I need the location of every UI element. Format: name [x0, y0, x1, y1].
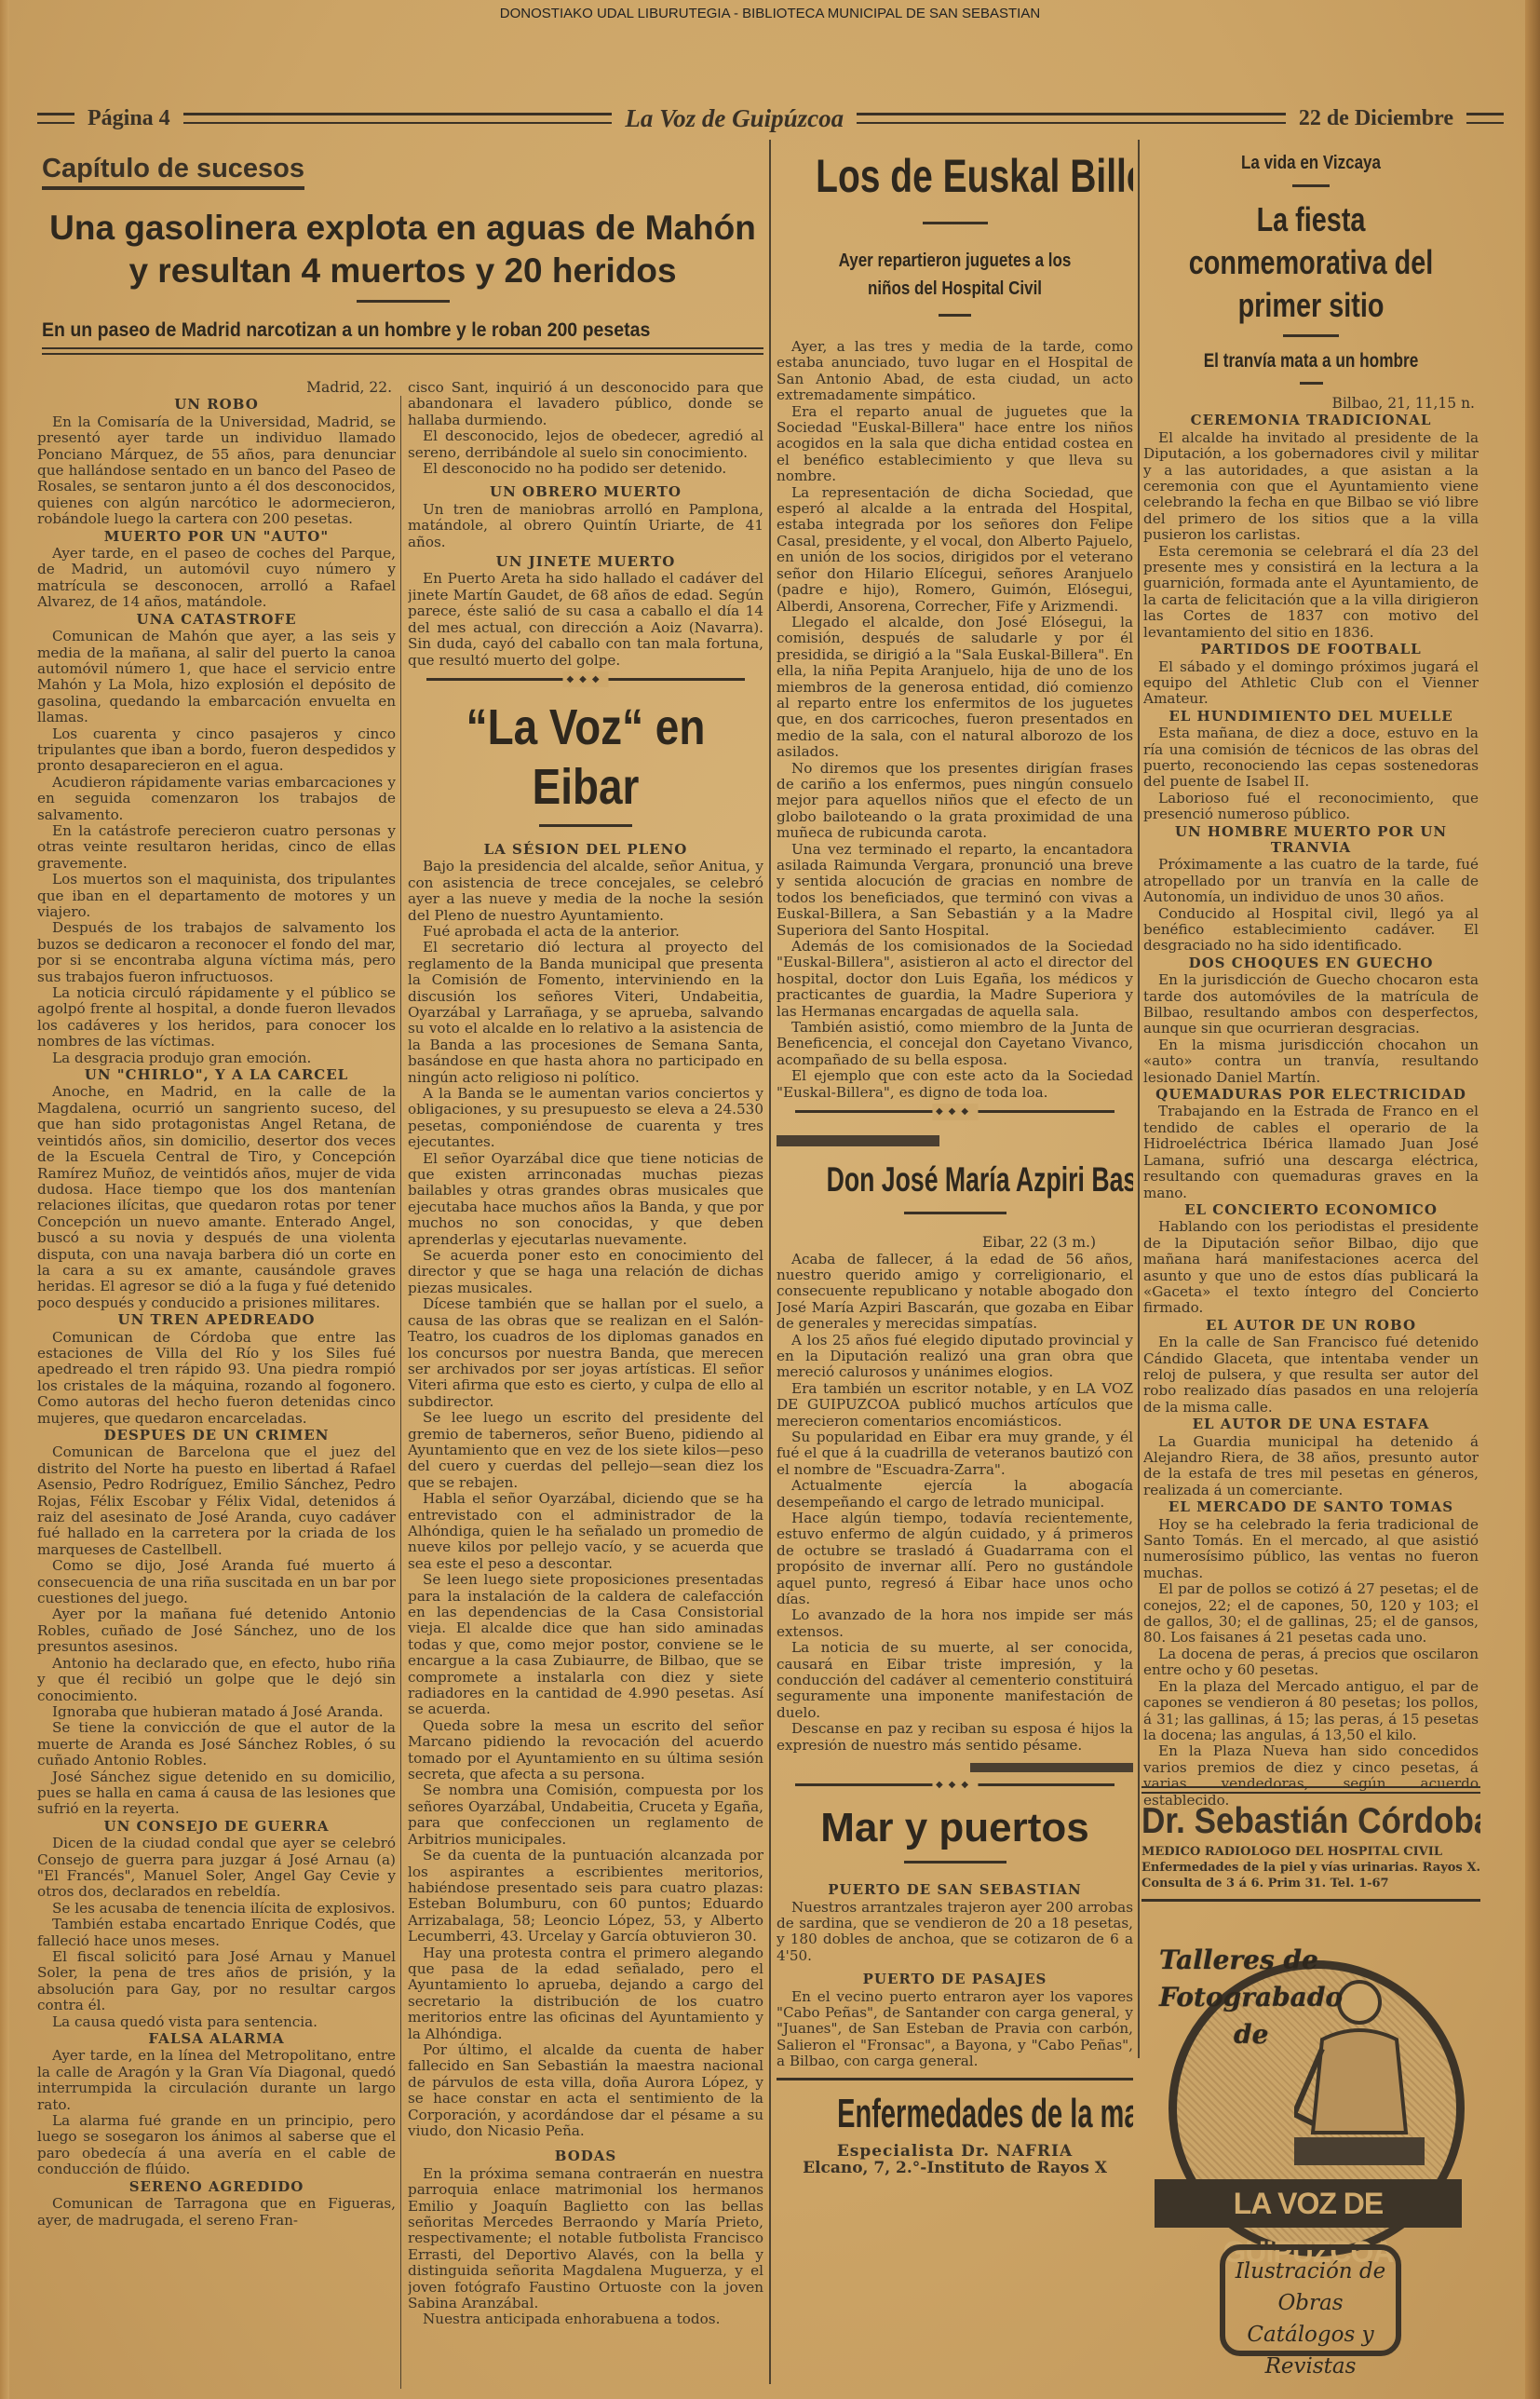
- news-subhead: DESPUES DE UN CRIMEN: [37, 1428, 396, 1443]
- page-edge-right: [1525, 0, 1540, 2399]
- paragraph: Ayer tarde, en la línea del Metropolitan…: [37, 2048, 396, 2113]
- ad-divider: [1141, 1899, 1480, 1902]
- masthead-rule-left: [37, 113, 74, 124]
- paragraph: Bajo la presidencia del alcalde, señor A…: [408, 859, 763, 924]
- news-item: UN OBRERO MUERTO Un tren de maniobras ar…: [408, 484, 763, 550]
- news-subhead: MUERTO POR UN "AUTO": [37, 529, 396, 545]
- paragraph: Nuestros arrantzales trajeron ayer 200 a…: [777, 1900, 1133, 1965]
- sucesos-header: Capítulo de sucesos Una gasolinera explo…: [42, 154, 763, 368]
- headline-rule: [1283, 334, 1339, 341]
- headline-rule: [42, 347, 763, 355]
- news-item: UN CONSEJO DE GUERRA Dicen de la ciudad …: [37, 1819, 396, 2030]
- advertisement-fotograbado: Talleres de Fotograbado de LA VOZ DE GUI…: [1155, 1937, 1476, 2384]
- paragraph: Como se dijo, José Aranda fué muerto á c…: [37, 1558, 396, 1606]
- news-subhead: UN ROBO: [37, 397, 396, 413]
- ornamental-rule: [426, 678, 745, 688]
- main-headline-line2: y resultan 4 muertos y 20 heridos: [42, 250, 763, 292]
- news-subhead: QUEMADURAS POR ELECTRICIDAD: [1143, 1087, 1479, 1103]
- paragraph: Antonio ha declarado que, en efecto, hub…: [37, 1656, 396, 1704]
- news-item: UN ROBO En la Comisaría de la Universida…: [37, 397, 396, 527]
- paragraph: Comunican de Barcelona que el juez del d…: [37, 1444, 396, 1558]
- paragraph: Su popularidad en Eibar era muy grande, …: [777, 1430, 1133, 1478]
- paragraph: Llegado el alcalde, don José Elósegui, l…: [777, 615, 1133, 761]
- news-subhead: CEREMONIA TRADICIONAL: [1143, 413, 1479, 428]
- section-kicker: La vida en Vizcaya: [1169, 149, 1453, 177]
- paragraph: Los muertos son el maquinista, dos tripu…: [37, 872, 396, 920]
- news-subhead: UN JINETE MUERTO: [408, 554, 763, 570]
- headline-rule: [923, 222, 988, 228]
- paragraph: Se tiene la convicción de que el autor d…: [37, 1720, 396, 1769]
- paragraph: Anoche, en Madrid, en la calle de la Mag…: [37, 1084, 396, 1311]
- paragraph: Esta ceremonia se celebrará el día 23 de…: [1143, 544, 1479, 641]
- paragraph: Acudieron rápidamente varias embarcacion…: [37, 775, 396, 823]
- paragraph: Ignoraba que hubieran matado á José Aran…: [37, 1704, 396, 1720]
- news-item: FALSA ALARMA Ayer tarde, en la línea del…: [37, 2031, 396, 2178]
- paragraph: La noticia de su muerte, al ser conocida…: [777, 1640, 1133, 1721]
- paragraph: Actualmente ejercía la abogacía desempeñ…: [777, 1478, 1133, 1511]
- news-subhead: DOS CHOQUES EN GUECHO: [1143, 956, 1479, 971]
- mar-headline: Mar y puertos: [777, 1803, 1133, 1853]
- paragraph: El alcalde ha invitado al presidente de …: [1143, 430, 1479, 544]
- paragraph: Conducido al Hospital civil, llegó ya al…: [1143, 906, 1479, 955]
- ad-headline: Enfermedades de la matriz: [837, 2088, 1073, 2140]
- news-subhead: FALSA ALARMA: [37, 2031, 396, 2047]
- paragraph: También asistió, como miembro de la Junt…: [777, 1020, 1133, 1068]
- column-4-vizcaya: La vida en Vizcaya La fiesta conmemorati…: [1143, 149, 1479, 1937]
- column-divider: [400, 396, 401, 2389]
- paragraph: En la Comisaría de la Universidad, Madri…: [37, 414, 396, 528]
- paragraph: Hace algún tiempo, todavía recientemente…: [777, 1511, 1133, 1607]
- paragraph: El fiscal solicitó para José Arnau y Man…: [37, 1949, 396, 2014]
- news-subhead: UN OBRERO MUERTO: [408, 484, 763, 500]
- logo-banner: LA VOZ DE GUIPUZCOA: [1155, 2179, 1462, 2228]
- ad-headline: Dr. Sebastián Córdoba: [1141, 1799, 1447, 1844]
- paragraph: Próximamente a las cuatro de la tarde, f…: [1143, 857, 1479, 905]
- page-edge-left: [0, 0, 9, 2399]
- headline-rule: [939, 314, 971, 320]
- paragraph: Fué aprobada el acta de la anterior.: [408, 924, 763, 940]
- news-subhead: BODAS: [408, 2148, 763, 2164]
- paragraph: No diremos que los presentes dirigían fr…: [777, 761, 1133, 842]
- paragraph: Por último, el alcalde da cuenta de habe…: [408, 2042, 763, 2139]
- dateline: Eibar, 22 (3 m.): [777, 1235, 1096, 1251]
- news-item: UN JINETE MUERTO En Puerto Areta ha sido…: [408, 554, 763, 669]
- paragraph: Esta mañana, de diez a doce, estuvo en l…: [1143, 725, 1479, 791]
- headline-rule: [539, 824, 632, 831]
- masthead: Página 4 La Voz de Guipúzcoa 22 de Dicie…: [37, 102, 1504, 134]
- vizcaya-headline: La fiesta conmemorativa del primer sitio: [1177, 198, 1445, 327]
- paragraph: Los cuarenta y cinco pasajeros y cinco t…: [37, 726, 396, 775]
- news-item: SERENO AGREDIDO Comunican de Tarragona q…: [37, 2179, 396, 2229]
- paragraph: La Guardia municipal ha detenido á Aleja…: [1143, 1434, 1479, 1499]
- paragraph: En la plaza del Mercado antiguo, el par …: [1143, 1679, 1479, 1744]
- paragraph: Se nombra una Comisión, compuesta por lo…: [408, 1782, 763, 1848]
- euskal-headline: Los de Euskal Billera: [816, 149, 1094, 203]
- paragraph: Dícese también que se hallan por el suel…: [408, 1296, 763, 1410]
- paragraph: También estaba encartado Enrique Codés, …: [37, 1917, 396, 1949]
- paragraph: En la calle de San Francisco fué detenid…: [1143, 1335, 1479, 1416]
- news-subhead: UNA CATASTROFE: [37, 612, 396, 628]
- news-subhead: LA SÉSION DEL PLENO: [408, 842, 763, 858]
- paragraph: Descanse en paz y reciban su esposa é hi…: [777, 1721, 1133, 1754]
- paragraph: En Puerto Areta ha sido hallado el cadáv…: [408, 571, 763, 668]
- news-item: UNA CATASTROFE Comunican de Mahón que ay…: [37, 612, 396, 1066]
- advertisement-matriz: Enfermedades de la matriz Especialista D…: [777, 2088, 1133, 2177]
- paragraph: Se leen luego siete proposiciones presen…: [408, 1572, 763, 1718]
- ad-divider: [1141, 1786, 1480, 1794]
- column-3: Los de Euskal Billera Ayer repartieron j…: [777, 149, 1133, 2393]
- azpiri-headline: Don José María Azpiri Bascarán: [827, 1156, 1084, 1204]
- paragraph: La causa quedó vista para sentencia.: [37, 2014, 396, 2030]
- headline-rule: [904, 1861, 1006, 1867]
- paragraph: La noticia circuló rápidamente y el públ…: [37, 985, 396, 1050]
- logo-heading: Talleres de Fotograbado de: [1159, 1942, 1350, 2053]
- paragraph: Una vez terminado el reparto, la encanta…: [777, 842, 1133, 939]
- paragraph: A la Banda se le aumentan varios concier…: [408, 1086, 763, 1151]
- masthead-rule: [857, 113, 1286, 124]
- paragraph: Ayer, a las tres y media de la tarde, co…: [777, 339, 1133, 404]
- paragraph: El sábado y el domingo próximos jugará e…: [1143, 659, 1479, 708]
- logo-script-text: Ilustración de Obras Catálogos y Revista…: [1220, 2244, 1401, 2356]
- paragraph: Dicen de la ciudad condal que ayer se ce…: [37, 1836, 396, 1901]
- paragraph: Hoy se ha celebrado la feria tradicional…: [1143, 1517, 1479, 1582]
- news-subhead: EL AUTOR DE UN ROBO: [1143, 1318, 1479, 1334]
- black-bar: [970, 1763, 1133, 1772]
- issue-date: 22 de Diciembre: [1299, 106, 1453, 131]
- vizcaya-subheadline: El tranvía mata a un hombre: [1173, 348, 1448, 374]
- paragraph: En la misma jurisdicción chocahon un «au…: [1143, 1037, 1479, 1086]
- news-subhead: UN CONSEJO DE GUERRA: [37, 1819, 396, 1835]
- ornamental-rule: [795, 1110, 1114, 1120]
- paragraph: Un tren de maniobras arrolló en Pamplona…: [408, 502, 763, 550]
- paragraph: Se acuerda poner esto en conocimiento de…: [408, 1248, 763, 1296]
- news-subhead: PARTIDOS DE FOOTBALL: [1143, 642, 1479, 657]
- ad-line: Especialista Dr. NAFRIA: [777, 2144, 1133, 2160]
- news-subhead: PUERTO DE PASAJES: [777, 1972, 1133, 1987]
- paragraph: El señor Oyarzábal dice que tiene notici…: [408, 1151, 763, 1248]
- paragraph: Acaba de fallecer, á la edad de 56 años,…: [777, 1252, 1133, 1333]
- masthead-rule-right: [1466, 113, 1504, 124]
- news-item: MUERTO POR UN "AUTO" Ayer tarde, en el p…: [37, 529, 396, 611]
- news-subhead: EL MERCADO DE SANTO TOMAS: [1143, 1499, 1479, 1515]
- section-title: Capítulo de sucesos: [42, 154, 304, 190]
- paragraph: Hay una protesta contra el primero alega…: [408, 1945, 763, 2042]
- page-number: Página 4: [88, 106, 170, 131]
- ad-line: Elcano, 7, 2.°-Instituto de Rayos X: [777, 2161, 1133, 2176]
- paragraph: Se les acusaba de tenencia ilícita de ex…: [37, 1901, 396, 1917]
- paragraph: Comunican de Tarragona que en Figueras, …: [37, 2196, 396, 2229]
- headline-rule: [1300, 382, 1323, 388]
- news-subhead: UN TREN APEDREADO: [37, 1312, 396, 1328]
- paragraph: La alarma fué grande en un principio, pe…: [37, 2113, 396, 2178]
- paragraph: Laborioso fué el reconocimiento, que pre…: [1143, 791, 1479, 823]
- news-item: UN "CHIRLO", Y A LA CARCEL Anoche, en Ma…: [37, 1067, 396, 1311]
- column-2: cisco Sant, inquirió á un desconocido pa…: [408, 380, 763, 2382]
- black-bar: [777, 1135, 939, 1146]
- newspaper-title: La Voz de Guipúzcoa: [625, 104, 844, 133]
- paragraph: En la próxima semana contraerán en nuest…: [408, 2166, 763, 2312]
- logo-heading-line: Fotograbado: [1159, 1979, 1350, 2016]
- news-subhead: SERENO AGREDIDO: [37, 2179, 396, 2195]
- paragraph: En el vecino puerto entraron ayer los va…: [777, 1989, 1133, 2070]
- headline-rule: [904, 1212, 1006, 1218]
- news-subhead: EL CONCIERTO ECONOMICO: [1143, 1202, 1479, 1218]
- paragraph: Después de los trabajos de salvamento lo…: [37, 920, 396, 985]
- column-1-sucesos: Madrid, 22. UN ROBO En la Comisaría de l…: [37, 380, 396, 2382]
- news-subhead: UN "CHIRLO", Y A LA CARCEL: [37, 1067, 396, 1083]
- paragraph: Era también un escritor notable, y en LA…: [777, 1381, 1133, 1430]
- news-item: DESPUES DE UN CRIMEN Comunican de Barcel…: [37, 1428, 396, 1818]
- logo-heading-line: Talleres de: [1159, 1942, 1350, 1979]
- paragraph: Queda sobre la mesa un escrito del señor…: [408, 1718, 763, 1783]
- headline-rule: [1292, 184, 1330, 191]
- news-subhead: UN HOMBRE MUERTO POR UN TRANVIA: [1143, 824, 1479, 857]
- paragraph: José Sánchez sigue detenido en su domici…: [37, 1769, 396, 1818]
- paragraph: Ayer tarde, en el paseo de coches del Pa…: [37, 546, 396, 611]
- paragraph: Era el reparto anual de juguetes que la …: [777, 404, 1133, 485]
- paragraph: El secretario dió lectura al proyecto de…: [408, 940, 763, 1086]
- news-item: cisco Sant, inquirió á un desconocido pa…: [408, 380, 763, 477]
- paragraph: Hablando con los periodistas el presiden…: [1143, 1219, 1479, 1316]
- sub-headline: En un paseo de Madrid narcotizan a un ho…: [42, 319, 713, 342]
- paragraph: Ayer por la mañana fué detenido Antonio …: [37, 1606, 396, 1655]
- news-subhead: EL HUNDIMIENTO DEL MUELLE: [1143, 709, 1479, 725]
- ad-line: Enfermedades de la piel y vías urinarias…: [1141, 1860, 1480, 1891]
- paragraph: El par de pollos se cotizó á 27 pesetas;…: [1143, 1581, 1479, 1647]
- paragraph: Trabajando en la Estrada de Franco en el…: [1143, 1104, 1479, 1200]
- dateline: Madrid, 22.: [37, 380, 392, 396]
- paragraph: cisco Sant, inquirió á un desconocido pa…: [408, 380, 763, 428]
- paragraph: La desgracia produjo gran emoción.: [37, 1050, 396, 1066]
- ad-line: MEDICO RADIOLOGO DEL HOSPITAL CIVIL: [1141, 1844, 1480, 1860]
- paragraph: A los 25 años fué elegido diputado provi…: [777, 1333, 1133, 1381]
- news-item: UN TREN APEDREADO Comunican de Córdoba q…: [37, 1312, 396, 1427]
- paragraph: El desconocido, lejos de obedecer, agred…: [408, 428, 763, 461]
- ornamental-rule: [795, 1783, 1114, 1794]
- paragraph: Comunican de Córdoba que entre las estac…: [37, 1330, 396, 1427]
- ad-divider: [777, 2078, 1133, 2080]
- logo-heading-line: de: [1159, 2016, 1350, 2053]
- paragraph: El desconocido no ha podido ser detenido…: [408, 461, 763, 477]
- paragraph: Se da cuenta de la puntuación alcanzada …: [408, 1848, 763, 1945]
- dateline: Bilbao, 21, 11,15 n.: [1143, 396, 1475, 412]
- paragraph: Habla el señor Oyarzábal, diciendo que s…: [408, 1491, 763, 1572]
- eibar-headline: “La Voz“ en Eibar: [435, 698, 737, 817]
- paragraph: El ejemplo que con este acto da la Socie…: [777, 1068, 1133, 1101]
- news-subhead: EL AUTOR DE UNA ESTAFA: [1143, 1416, 1479, 1432]
- paragraph: Nuestra anticipada enhorabuena a todos.: [408, 2311, 763, 2327]
- news-subhead: PUERTO DE SAN SEBASTIAN: [777, 1882, 1133, 1898]
- paragraph: Comunican de Mahón que ayer, a las seis …: [37, 629, 396, 725]
- paragraph: La representación de dicha Sociedad, que…: [777, 485, 1133, 615]
- masthead-rule: [183, 113, 613, 124]
- advertisement-cordoba: Dr. Sebastián Córdoba MEDICO RADIOLOGO D…: [1141, 1781, 1480, 1920]
- paragraph: En la catástrofe perecieron cuatro perso…: [37, 823, 396, 872]
- paragraph: La docena de peras, á precios que oscila…: [1143, 1647, 1479, 1679]
- paragraph: Además de los comisionados de la Socieda…: [777, 939, 1133, 1020]
- library-watermark: DONOSTIAKO UDAL LIBURUTEGIA - BIBLIOTECA…: [0, 6, 1540, 21]
- euskal-subheadline: Ayer repartieron juguetes a los niños de…: [804, 247, 1107, 303]
- column-divider: [1138, 140, 1140, 2058]
- paragraph: Lo avanzado de la hora nos impide ser má…: [777, 1607, 1133, 1640]
- column-divider: [769, 140, 771, 2384]
- main-headline-line1: Una gasolinera explota en aguas de Mahón: [42, 207, 763, 250]
- paragraph: Se lee luego un escrito del presidente d…: [408, 1410, 763, 1491]
- paragraph: En la jurisdicción de Guecho chocaron es…: [1143, 972, 1479, 1037]
- headline-rule: [357, 300, 450, 306]
